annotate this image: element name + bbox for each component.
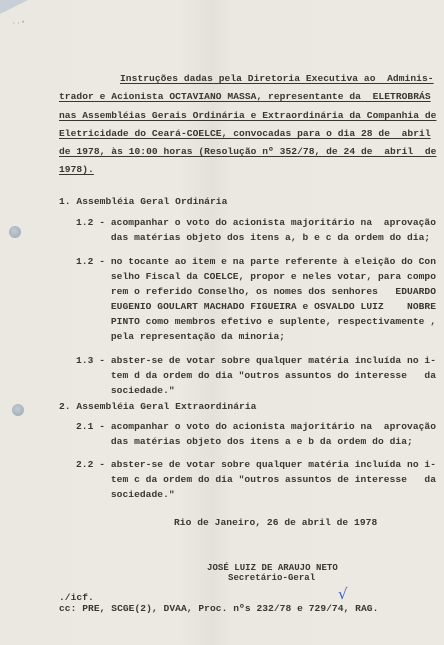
signatory-title: Secretário-Geral (228, 573, 315, 583)
check-mark-icon: √ (338, 585, 348, 603)
section-title: 1. Assembléia Geral Ordinária (59, 196, 227, 207)
heading-line: trador e Acionista OCTAVIANO MASSA, repr… (59, 91, 431, 102)
cc-line: cc: PRE, SCGE(2), DVAA, Proc. nºs 232/78… (59, 603, 378, 614)
corner-stain-mark: ··* (12, 20, 26, 27)
item-line: 1.3 - abster-se de votar sobre qualquer … (76, 355, 436, 366)
item-line: tem d da ordem do dia "outros assuntos d… (76, 370, 436, 381)
item-line: tem c da ordem do dia "outros assuntos d… (76, 474, 436, 485)
item-line: 1.2 - acompanhar o voto do acionista maj… (76, 217, 436, 228)
heading-line: Eletricidade do Ceará-COELCE, convocadas… (59, 128, 431, 139)
item-line: 1.2 - no tocante ao item e na parte refe… (76, 256, 436, 267)
item-line: pela representação da minoria; (76, 331, 285, 342)
signatory-name: JOSÉ LUIZ DE ARAUJO NETO (207, 563, 338, 573)
heading-line: nas Assembléias Gerais Ordinária e Extra… (59, 110, 436, 121)
folded-corner (0, 0, 28, 14)
item-line: 2.2 - abster-se de votar sobre qualquer … (76, 459, 436, 470)
punch-hole-icon (12, 404, 24, 416)
item-line: 2.1 - acompanhar o voto do acionista maj… (76, 421, 436, 432)
item-line: das matérias objeto dos itens a e b da o… (76, 436, 413, 447)
punch-hole-icon (9, 226, 21, 238)
document-page: ··* Instruções dadas pela Diretoria Exec… (0, 0, 444, 645)
item-line: PINTO como membros efetivo e suplente, r… (76, 316, 436, 327)
item-line: EUGENIO GOULART MACHADO FIGUEIRA e OSVAL… (76, 301, 436, 312)
item-line: das matérias objeto dos itens a, b e c d… (76, 232, 430, 243)
heading-line: de 1978, às 10:00 horas (Resolução nº 35… (59, 146, 436, 157)
item-line: selho Fiscal da COELCE, propor e neles v… (76, 271, 436, 282)
initials: ./icf. (59, 592, 94, 603)
item-line: sociedade." (76, 489, 175, 500)
item-line: sociedade." (76, 385, 175, 396)
section-title: 2. Assembléia Geral Extraordinária (59, 401, 256, 412)
heading-line: 1978). (59, 164, 94, 175)
heading-line: Instruções dadas pela Diretoria Executiv… (120, 73, 434, 84)
place-date: Rio de Janeiro, 26 de abril de 1978 (174, 517, 377, 528)
item-line: rem o referido Conselho, os nomes dos se… (76, 286, 436, 297)
